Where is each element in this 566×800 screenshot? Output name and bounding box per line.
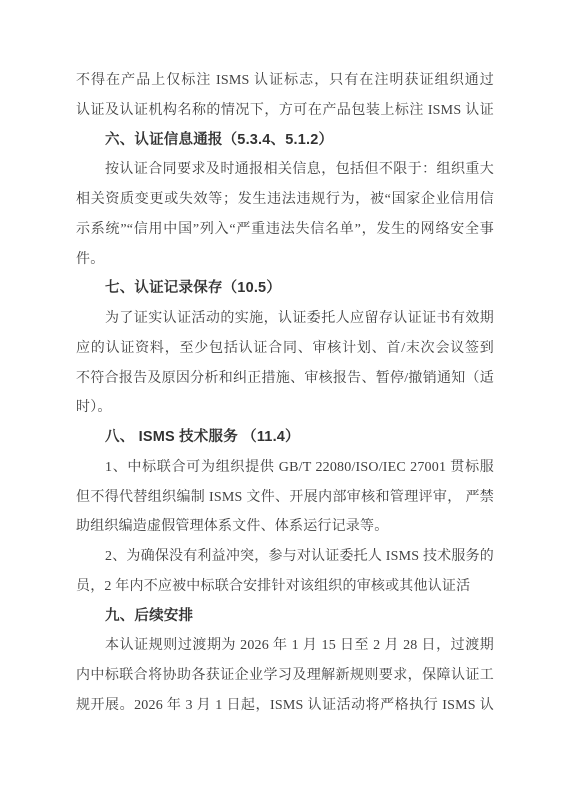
body-text-line: 本认证规则过渡期为 2026 年 1 月 15 日至 2 月 28 日，过渡期 — [76, 631, 494, 661]
body-text-line: 不得在产品上仅标注 ISMS 认证标志，只有在注明获证组织通过 ISMS — [76, 66, 494, 96]
body-text-line: 2、为确保没有利益冲突，参与对认证委托人 ISMS 技术服务的人 — [76, 542, 494, 572]
section-heading: 六、认证信息通报（5.3.4、5.1.2） — [76, 126, 494, 156]
body-text-line: 件。 — [76, 245, 494, 275]
body-text-line: 按认证合同要求及时通报相关信息，包括但不限于：组织重大变化； — [76, 155, 494, 185]
body-text-line: 认证及认证机构名称的情况下，方可在产品包装上标注 ISMS 认证标志。 — [76, 96, 494, 126]
section-heading: 七、认证记录保存（10.5） — [76, 274, 494, 304]
body-text-line: 1、中标联合可为组织提供 GB/T 22080/ISO/IEC 27001 贯标… — [76, 453, 494, 483]
body-text-line: 不符合报告及原因分析和纠正措施、审核报告、暂停/撤销通知（适用 — [76, 364, 494, 394]
body-text-line: 时）。 — [76, 393, 494, 423]
body-text-line: 为了证实认证活动的实施，认证委托人应留存认证证书有效期内相 — [76, 304, 494, 334]
body-text-line: 示系统”“信用中国”列入“严重违法失信名单”，发生的网络安全事 — [76, 215, 494, 245]
body-text-line: 应的认证资料，至少包括认证合同、审核计划、首/末次会议签到表、 — [76, 334, 494, 364]
body-text-line: 但不得代替组织编制 ISMS 文件、开展内部审核和管理评审， 严禁协 — [76, 483, 494, 513]
section-heading: 九、后续安排 — [76, 602, 494, 632]
section-heading: 八、 ISMS 技术服务 （11.4） — [76, 423, 494, 453]
body-text-line: 员，2 年内不应被中标联合安排针对该组织的审核或其他认证活动。 — [76, 572, 494, 602]
body-text-line: 规开展。2026 年 3 月 1 日起，ISMS 认证活动将严格执行 ISMS … — [76, 691, 494, 721]
document-page: 不得在产品上仅标注 ISMS 认证标志，只有在注明获证组织通过 ISMS认证及认… — [0, 0, 566, 800]
body-text-line: 助组织编造虚假管理体系文件、体系运行记录等。 — [76, 512, 494, 542]
body-text-line: 相关资质变更或失效等；发生违法违规行为，被“国家企业信用信息公 — [76, 185, 494, 215]
document-text-block: 不得在产品上仅标注 ISMS 认证标志，只有在注明获证组织通过 ISMS认证及认… — [76, 66, 494, 721]
body-text-line: 内中标联合将协助各获证企业学习及理解新规则要求，保障认证工作合 — [76, 661, 494, 691]
